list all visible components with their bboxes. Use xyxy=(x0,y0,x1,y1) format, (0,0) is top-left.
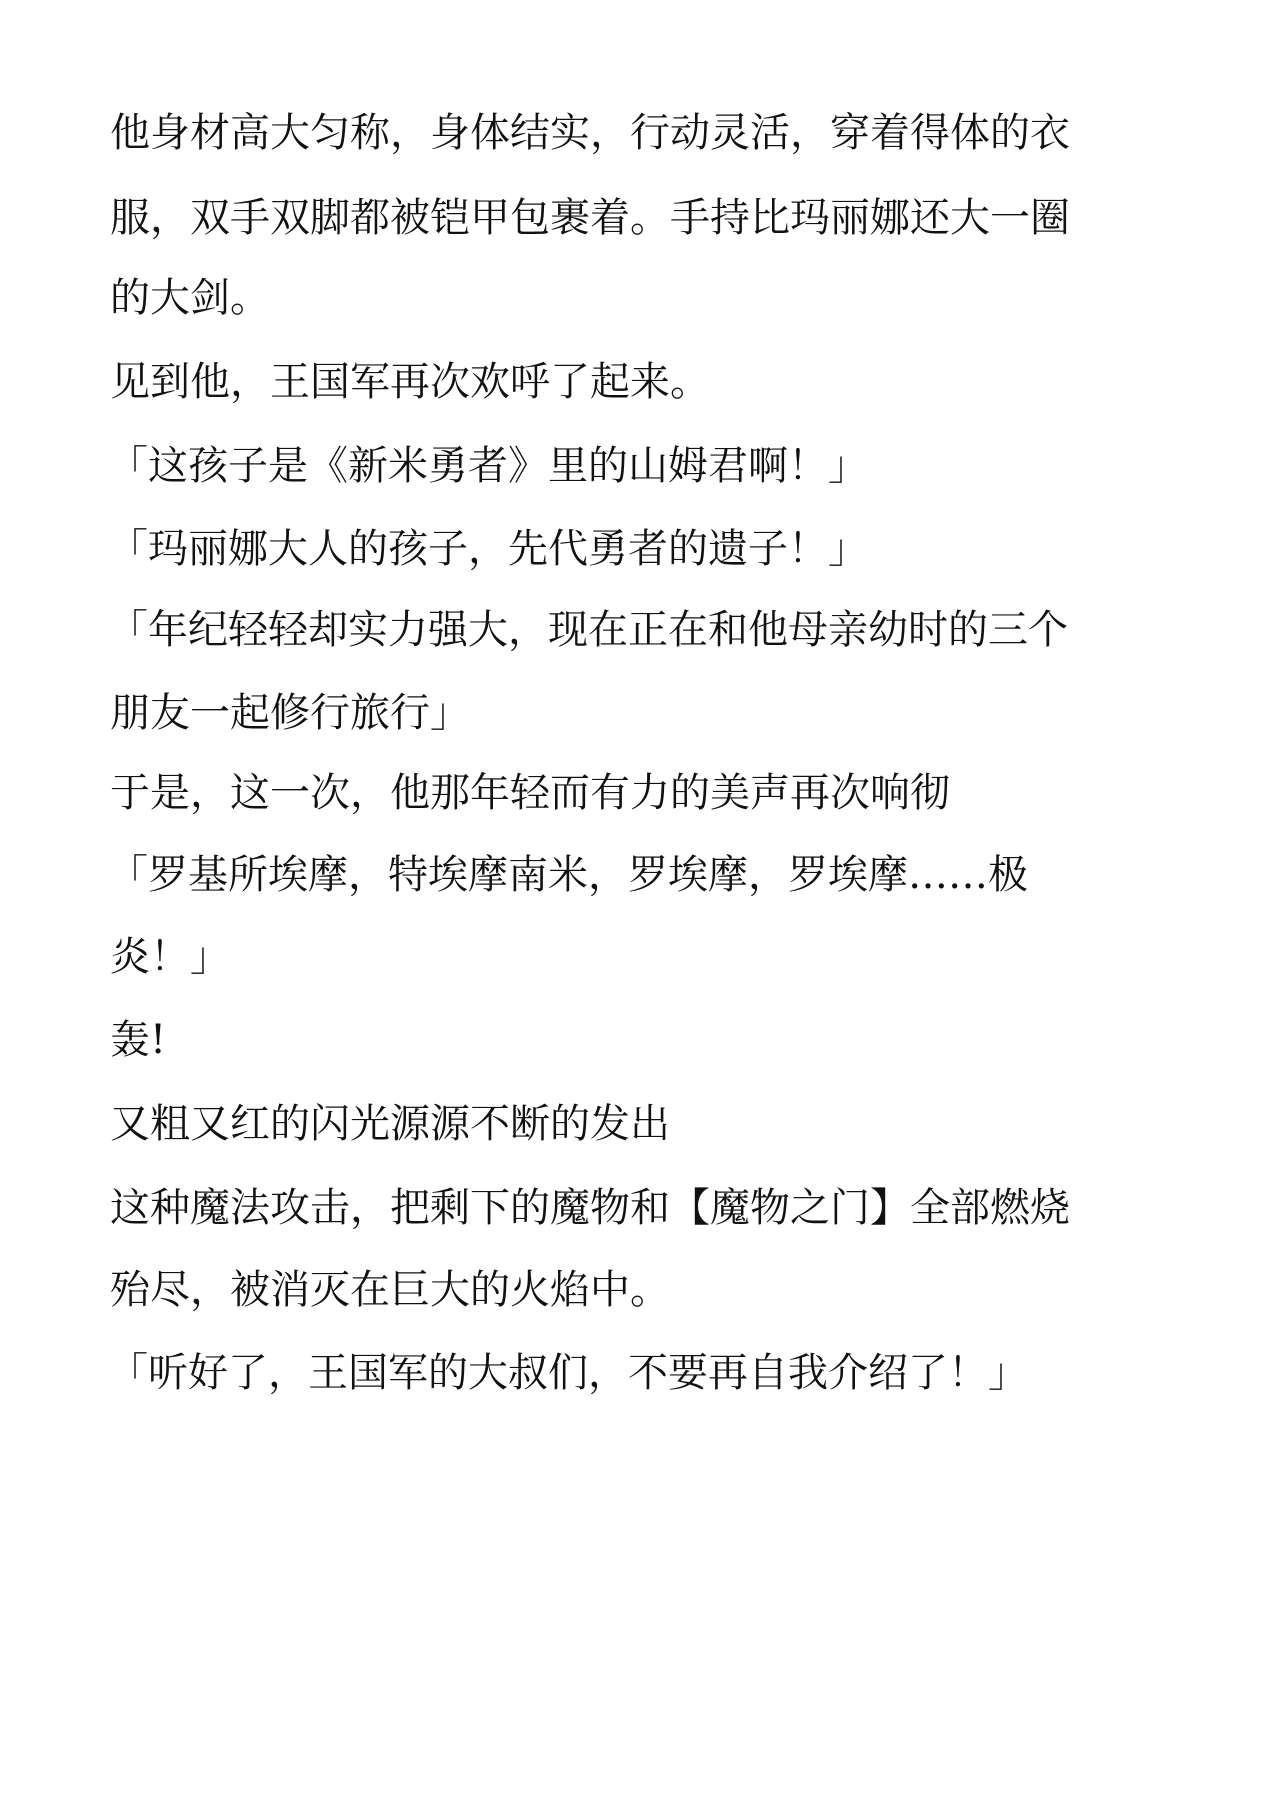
text-line: 朋友一起修行旅行」 xyxy=(110,683,470,743)
text-line: 服，双手双脚都被铠甲包裹着。手持比玛丽娜还大一圈 xyxy=(110,188,1070,248)
text-line: 又粗又红的闪光源源不断的发出 xyxy=(110,1094,670,1154)
dialogue-line: 「罗基所埃摩，特埃摩南米，罗埃摩，罗埃摩……极 xyxy=(108,845,1028,905)
text-line: 的大剑。 xyxy=(110,268,270,328)
dialogue-line: 「年纪轻轻却实力强大，现在正在和他母亲幼时的三个 xyxy=(108,600,1068,660)
dialogue-line: 「玛丽娜大人的孩子，先代勇者的遗子！」 xyxy=(108,519,868,579)
dialogue-line: 「听好了，王国军的大叔们，不要再自我介绍了！」 xyxy=(108,1343,1028,1403)
dialogue-line: 「这孩子是《新米勇者》里的山姆君啊！」 xyxy=(108,436,868,496)
document-page: 他身材高大匀称，身体结实，行动灵活，穿着得体的衣 服，双手双脚都被铠甲包裹着。手… xyxy=(0,0,1280,1816)
text-line: 这种魔法攻击，把剩下的魔物和【魔物之门】全部燃烧 xyxy=(110,1178,1070,1238)
text-line: 殆尽，被消灭在巨大的火焰中。 xyxy=(110,1260,670,1320)
text-line: 见到他，王国军再次欢呼了起来。 xyxy=(110,352,710,412)
text-line: 他身材高大匀称，身体结实，行动灵活，穿着得体的衣 xyxy=(110,103,1070,163)
text-line: 于是，这一次，他那年轻而有力的美声再次响彻 xyxy=(110,763,950,823)
text-line: 轰! xyxy=(110,1010,166,1070)
text-line: 炎！」 xyxy=(110,927,230,987)
